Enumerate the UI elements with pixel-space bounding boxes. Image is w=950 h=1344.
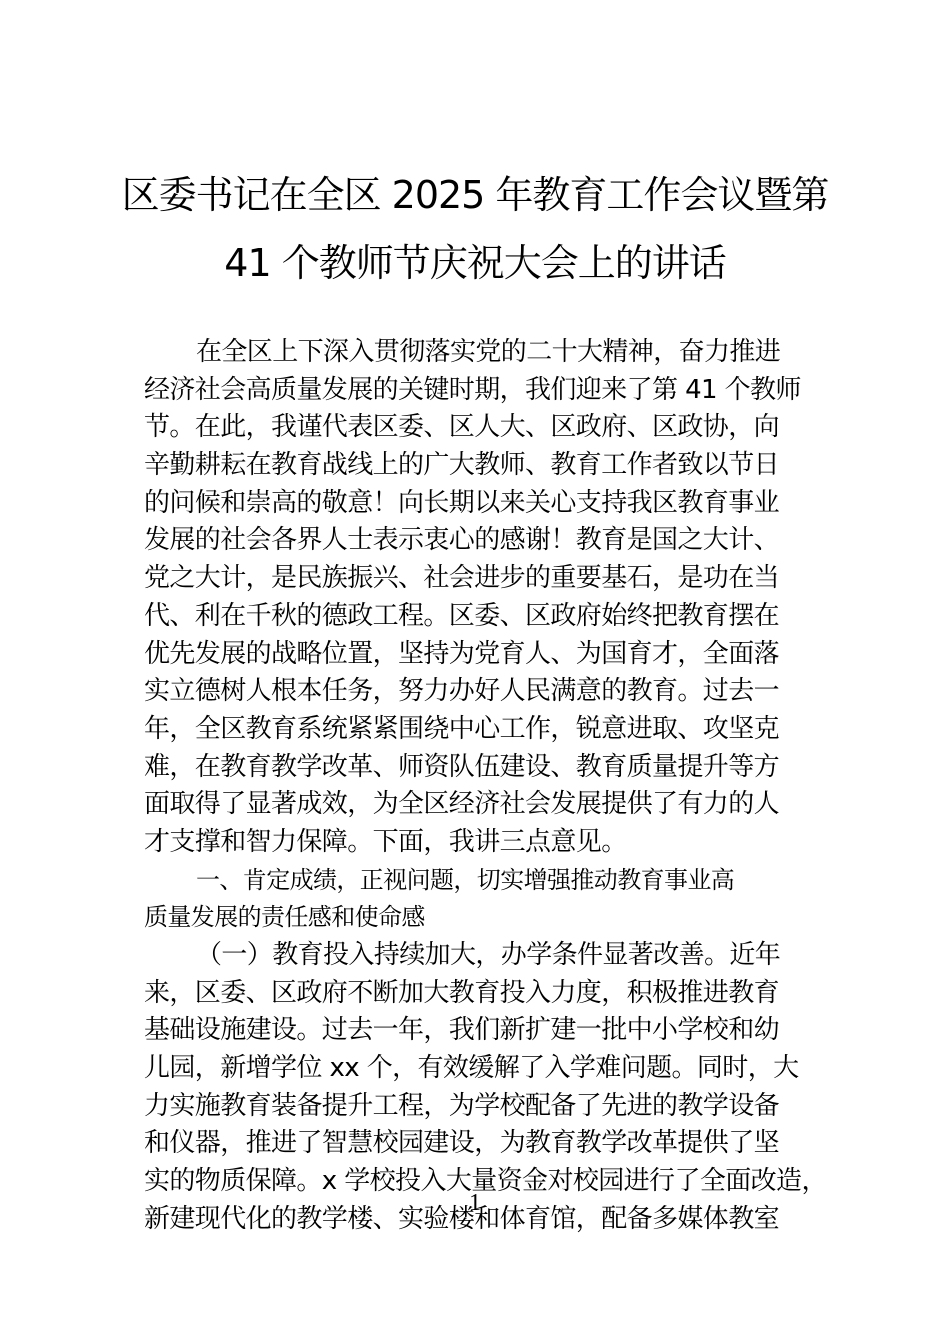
body-line: 代、利在千秋的德政工程。区委、区政府始终把教育摆在 bbox=[144, 598, 844, 636]
body-line: 经济社会高质量发展的关键时期，我们迎来了第 41 个教师 bbox=[144, 372, 844, 410]
body-line: 优先发展的战略位置，坚持为党育人、为国育才，全面落 bbox=[144, 636, 844, 674]
body-line: 基础设施建设。过去一年，我们新扩建一批中小学校和幼 bbox=[144, 1012, 844, 1050]
body-line: 实立德树人根本任务，努力办好人民满意的教育。过去一 bbox=[144, 673, 844, 711]
document-body: 在全区上下深入贯彻落实党的二十大精神，奋力推进 经济社会高质量发展的关键时期，我… bbox=[144, 334, 844, 1239]
paragraph-opening-line: 在全区上下深入贯彻落实党的二十大精神，奋力推进 bbox=[144, 334, 844, 372]
body-line: 面取得了显著成效，为全区经济社会发展提供了有力的人 bbox=[144, 786, 844, 824]
body-line: 节。在此，我谨代表区委、区人大、区政府、区政协，向 bbox=[144, 409, 844, 447]
body-line: 党之大计，是民族振兴、社会进步的重要基石，是功在当 bbox=[144, 560, 844, 598]
body-line: 年，全区教育系统紧紧围绕中心工作，锐意进取、攻坚克 bbox=[144, 711, 844, 749]
document-title-line-1: 区委书记在全区 2025 年教育工作会议暨第 bbox=[0, 170, 950, 220]
body-line: 儿园，新增学位 xx 个，有效缓解了入学难问题。同时，大 bbox=[144, 1050, 844, 1088]
body-line: 的问候和崇高的敬意！向长期以来关心支持我区教育事业 bbox=[144, 485, 844, 523]
body-line: 和仪器，推进了智慧校园建设，为教育教学改革提供了坚 bbox=[144, 1125, 844, 1163]
body-line: 力实施教育装备提升工程，为学校配备了先进的教学设备 bbox=[144, 1088, 844, 1126]
document-title-line-2: 41 个教师节庆祝大会上的讲话 bbox=[0, 238, 950, 288]
document-page: 区委书记在全区 2025 年教育工作会议暨第 41 个教师节庆祝大会上的讲话 在… bbox=[0, 0, 950, 1344]
body-line: 辛勤耕耘在教育战线上的广大教师、教育工作者致以节日 bbox=[144, 447, 844, 485]
subsection-opening-line: （一）教育投入持续加大，办学条件显著改善。近年 bbox=[144, 937, 844, 975]
section-heading-line-1: 一、肯定成绩，正视问题，切实增强推动教育事业高 bbox=[144, 862, 844, 900]
section-heading-line-2: 质量发展的责任感和使命感 bbox=[144, 899, 844, 937]
page-number: 1 bbox=[0, 1188, 950, 1218]
body-line: 发展的社会各界人士表示衷心的感谢！教育是国之大计、 bbox=[144, 522, 844, 560]
body-line: 才支撑和智力保障。下面，我讲三点意见。 bbox=[144, 824, 844, 862]
body-line: 难，在教育教学改革、师资队伍建设、教育质量提升等方 bbox=[144, 749, 844, 787]
body-line: 来，区委、区政府不断加大教育投入力度，积极推进教育 bbox=[144, 975, 844, 1013]
